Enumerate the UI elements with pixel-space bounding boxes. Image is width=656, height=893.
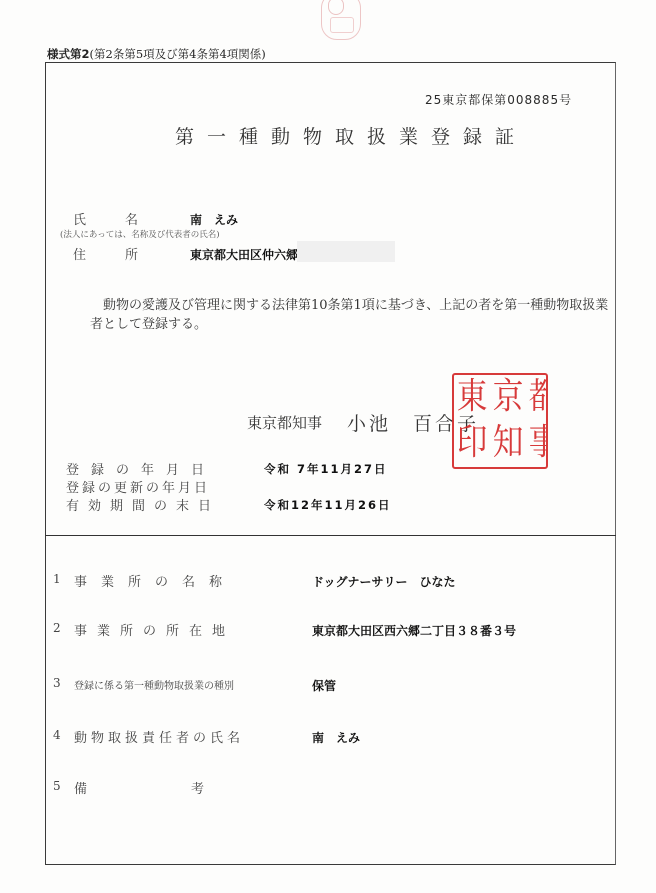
form-number: 様式第2 (47, 47, 90, 61)
item-number: 4 (53, 728, 61, 742)
address-label: 住 所 (73, 244, 138, 263)
item-value-business-name: ドッグナーサリー ひなた (312, 573, 456, 590)
date-label-renewal: 登録の更新の年月日 (66, 477, 210, 496)
official-seal: 東 京 都 印 知 事 (452, 373, 548, 469)
date-value-expiry: 令和12年11月26日 (264, 497, 392, 513)
redaction-box (297, 241, 395, 262)
seal-char: 東 (457, 375, 488, 421)
form-label: 様式第2(第2条第5項及び第4条第4項関係) (47, 46, 266, 62)
item-number: 3 (53, 676, 61, 690)
registration-statement: 動物の愛護及び管理に関する法律第10条第1項に基づき、上記の者を第一種動物取扱業… (90, 296, 610, 334)
name-note: (法人にあっては、名称及び代表者の氏名) (60, 228, 220, 240)
seal-char: 京 (493, 375, 524, 421)
name-value: 南 えみ (190, 211, 238, 228)
item-label-business-type: 登録に係る第一種動物取扱業の種別 (74, 677, 234, 692)
date-label-registration: 登録の年月日 (66, 459, 216, 478)
name-label: 氏 名 (73, 209, 138, 228)
item-label-responsible-person: 動物取扱責任者の氏名 (74, 727, 244, 746)
date-label-expiry: 有効期間の末日 (66, 495, 220, 514)
seal-char: 知 (493, 421, 524, 467)
item-number: 1 (53, 572, 61, 586)
item-label-business-name: 事業所の名称 (74, 571, 236, 590)
item-label-business-address: 事業所の所在地 (74, 620, 235, 639)
item-label-remarks: 備 考 (74, 778, 204, 797)
item-number: 2 (53, 621, 61, 635)
item-value-business-address: 東京都大田区西六郷二丁目３８番３号 (312, 622, 516, 639)
seal-char: 印 (457, 421, 488, 467)
seal-char: 都 (529, 375, 548, 421)
date-value-registration: 令和 7年11月27日 (264, 461, 388, 477)
certificate-title: 第一種動物取扱業登録証 (175, 122, 527, 149)
top-seal-stamp (321, 0, 361, 40)
registration-number: 25東京都保第008885号 (425, 91, 572, 108)
item-value-business-type: 保管 (312, 677, 336, 694)
item-number: 5 (53, 779, 61, 793)
item-value-responsible-person: 南 えみ (312, 729, 360, 746)
address-value: 東京都大田区仲六郷 (190, 246, 298, 263)
seal-char: 事 (529, 421, 548, 467)
issuer-title: 東京都知事 (247, 412, 322, 433)
form-reference: (第2条第5項及び第4条第4項関係) (90, 47, 266, 61)
section-divider (45, 535, 616, 536)
